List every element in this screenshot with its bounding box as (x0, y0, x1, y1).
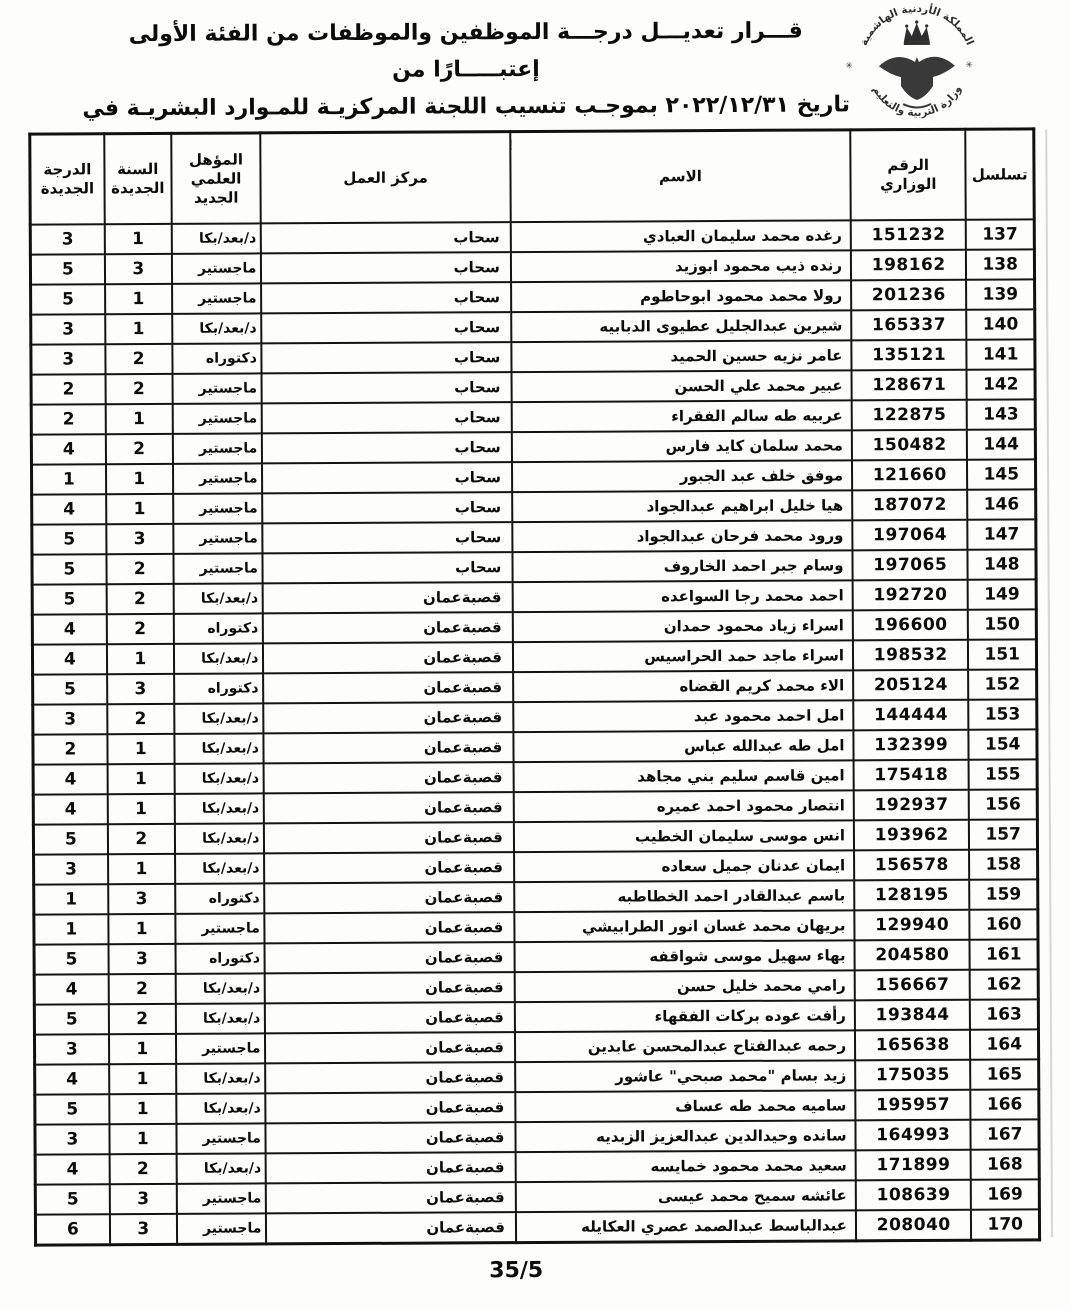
header-name: الاسم (510, 130, 851, 222)
center-cell: سحاب (263, 552, 513, 583)
ministry_no-cell: 156578 (854, 850, 970, 881)
name-cell: هيا خليل ابراهيم عبدالجواد (512, 490, 852, 522)
serial-cell: 154 (969, 729, 1037, 759)
year-cell: 1 (108, 914, 175, 944)
name-cell: عبدالباسط عبدالصمد عصري العكايله (516, 1210, 856, 1242)
grade-cell: 4 (35, 1154, 109, 1184)
name-cell: زيد بسام "محمد صبحي" عاشور (515, 1060, 855, 1092)
center-cell: سحاب (262, 462, 512, 493)
name-cell: امل طه عبدالله عباس (513, 730, 853, 762)
qualification-cell: د/بعد/بكا (176, 1063, 266, 1093)
ministry_no-cell: 151232 (851, 220, 967, 251)
name-cell: ورود محمد فرحان عبدالجواد (512, 520, 852, 552)
crown-icon (904, 20, 930, 45)
qualification-cell: ماجستير (176, 1123, 266, 1153)
name-cell: امين قاسم سليم بني مجاهد (513, 760, 853, 792)
name-cell: الاء محمد كريم القضاه (513, 670, 853, 702)
qualification-cell: ماجستير (173, 433, 263, 463)
ministry_no-cell: 196600 (853, 610, 969, 641)
serial-cell: 143 (967, 399, 1035, 429)
grade-cell: 1 (34, 914, 108, 944)
serial-cell: 140 (967, 309, 1035, 339)
year-cell: 1 (109, 1064, 176, 1094)
center-cell: سحاب (262, 312, 512, 343)
name-cell: رغده محمد سليمان العبادي (511, 220, 851, 252)
year-cell: 3 (108, 884, 175, 914)
qualification-cell: د/بعد/بكا (175, 823, 265, 853)
ministry_no-cell: 201236 (851, 280, 967, 311)
name-cell: وسام جبر احمد الخاروف (512, 550, 852, 582)
qualification-cell: ماجستير (173, 553, 263, 583)
year-cell: 2 (108, 824, 175, 854)
qualification-cell: ماجستير (172, 403, 262, 433)
year-cell: 2 (109, 1154, 176, 1184)
year-cell: 2 (109, 1004, 176, 1034)
qualification-cell: ماجستير (173, 463, 263, 493)
serial-cell: 147 (968, 519, 1036, 549)
table-header: تسلسل الرقم الوزاري الاسم مركز العمل الم… (30, 129, 1034, 225)
center-cell: قصبةعمان (266, 1212, 516, 1244)
year-cell: 1 (104, 224, 171, 254)
serial-cell: 161 (970, 939, 1038, 969)
serial-cell: 146 (968, 489, 1036, 519)
document-sheet: قـــرار تعديـــل درجـــة الموظفين والموظ… (0, 0, 1070, 1310)
serial-cell: 160 (970, 909, 1038, 939)
ministry_no-cell: 208040 (856, 1210, 972, 1241)
ministry_no-cell: 195957 (855, 1090, 971, 1121)
center-cell: قصبةعمان (264, 702, 514, 733)
grade-cell: 2 (31, 404, 105, 434)
ministry-seal: المملكة الأردنية الهاشمية وزارة التربية … (843, 0, 992, 128)
name-cell: انتصار محمود احمد عميره (514, 790, 854, 822)
year-cell: 1 (107, 644, 174, 674)
ministry_no-cell: 121660 (852, 460, 968, 491)
grade-cell: 4 (32, 644, 106, 674)
grade-cell: 1 (31, 464, 105, 494)
center-cell: سحاب (262, 342, 512, 373)
name-cell: بريهان محمد غسان انور الطرابيشي (514, 910, 854, 942)
year-cell: 2 (107, 614, 174, 644)
ministry_no-cell: 192720 (853, 580, 969, 611)
ministry_no-cell: 204580 (855, 940, 971, 971)
center-cell: قصبةعمان (265, 1032, 515, 1063)
grade-cell: 5 (32, 524, 106, 554)
year-cell: 3 (108, 944, 175, 974)
year-cell: 1 (106, 494, 173, 524)
grade-cell: 2 (31, 374, 105, 404)
center-cell: قصبةعمان (265, 882, 515, 913)
page-number: 35/5 (0, 1255, 1051, 1286)
ministry_no-cell: 165337 (851, 310, 967, 341)
qualification-cell: د/بعد/بكا (174, 763, 264, 793)
year-cell: 3 (110, 1184, 177, 1214)
center-cell: سحاب (262, 402, 512, 433)
ministry_no-cell: 193844 (855, 1000, 971, 1031)
qualification-cell: ماجستير (172, 283, 262, 313)
ministry_no-cell: 108639 (856, 1180, 972, 1211)
year-cell: 3 (106, 524, 173, 554)
grade-cell: 5 (32, 554, 106, 584)
ministry_no-cell: 171899 (856, 1150, 972, 1181)
center-cell: قصبةعمان (266, 1122, 516, 1153)
grade-cell: 4 (32, 614, 106, 644)
name-cell: ايمان عدنان جميل سعاده (514, 850, 854, 882)
serial-cell: 170 (971, 1209, 1039, 1240)
serial-cell: 168 (971, 1149, 1039, 1179)
serial-cell: 142 (967, 369, 1035, 399)
name-cell: بهاء سهيل موسى شواقفه (514, 940, 854, 972)
serial-cell: 153 (969, 699, 1037, 729)
name-cell: عائشه سميح محمد عيسى (516, 1180, 856, 1212)
qualification-cell: ماجستير (177, 1213, 267, 1244)
qualification-cell: ماجستير (173, 523, 263, 553)
ministry_no-cell: 156667 (855, 970, 971, 1001)
name-cell: انس موسى سليمان الخطيب (514, 820, 854, 852)
ministry_no-cell: 132399 (853, 730, 969, 761)
name-cell: عبير محمد علي الحسن (511, 370, 851, 402)
grade-cell: 3 (35, 1124, 109, 1154)
ministry_no-cell: 192937 (854, 790, 970, 821)
center-cell: قصبةعمان (264, 792, 514, 823)
year-cell: 2 (107, 704, 174, 734)
qualification-cell: ماجستير (177, 1183, 267, 1213)
name-cell: شيرين عبدالجليل عطيوى الدبابيه (511, 310, 851, 342)
qualification-cell: د/بعد/بكا (176, 1003, 266, 1033)
qualification-cell: د/بعد/بكا (176, 1093, 266, 1123)
year-cell: 1 (109, 1034, 176, 1064)
qualification-cell: د/بعد/بكا (175, 853, 265, 883)
serial-cell: 149 (968, 579, 1036, 609)
name-cell: احمد محمد رجا السواعده (512, 580, 852, 612)
table-row: 170208040عبدالباسط عبدالصمد عصري العكايل… (35, 1209, 1039, 1245)
name-cell: عامر نزيه حسين الحميد (511, 340, 851, 372)
qualification-cell: د/بعد/بكا (174, 733, 264, 763)
grade-cell: 4 (33, 764, 107, 794)
qualification-cell: د/بعد/بكا (171, 223, 261, 253)
ministry_no-cell: 187072 (852, 490, 968, 521)
qualification-cell: د/بعد/بكا (176, 1153, 266, 1183)
qualification-cell: د/بعد/بكا (174, 643, 264, 673)
year-cell: 2 (106, 434, 173, 464)
qualification-cell: ماجستير (172, 373, 262, 403)
serial-cell: 158 (969, 849, 1037, 879)
grade-cell: 3 (31, 344, 105, 374)
ministry_no-cell: 175035 (855, 1060, 971, 1091)
qualification-cell: دكتوراه (175, 883, 265, 913)
serial-cell: 137 (966, 219, 1034, 249)
grade-cell: 1 (34, 884, 108, 914)
qualification-cell: د/بعد/بكا (172, 313, 262, 343)
grade-cell: 5 (32, 584, 106, 614)
qualification-cell: د/بعد/بكا (174, 793, 264, 823)
year-cell: 1 (105, 314, 172, 344)
grade-cell: 5 (35, 1094, 109, 1124)
grade-cell: 4 (34, 974, 108, 1004)
header-serial: تسلسل (966, 129, 1035, 220)
grade-cell: 5 (35, 1184, 109, 1214)
header-new-year: السنة الجديدة (104, 133, 171, 224)
ministry_no-cell: 198532 (853, 640, 969, 671)
grade-cell: 2 (33, 734, 107, 764)
center-cell: قصبةعمان (264, 672, 514, 703)
ministry_no-cell: 164993 (855, 1120, 971, 1151)
qualification-cell: ماجستير (173, 493, 263, 523)
ministry_no-cell: 175418 (854, 760, 970, 791)
serial-cell: 145 (967, 459, 1035, 489)
serial-cell: 139 (967, 279, 1035, 309)
ministry_no-cell: 135121 (851, 340, 967, 371)
name-cell: عربيه طه سالم الفقراء (512, 400, 852, 432)
serial-cell: 152 (969, 669, 1037, 699)
center-cell: قصبةعمان (264, 732, 514, 763)
year-cell: 1 (109, 1094, 176, 1124)
serial-cell: 162 (970, 969, 1038, 999)
year-cell: 3 (107, 674, 174, 704)
serial-cell: 141 (967, 339, 1035, 369)
qualification-cell: ماجستير (172, 253, 262, 283)
serial-cell: 138 (966, 249, 1034, 279)
scan-edge-artifact (1045, 129, 1053, 1237)
grade-cell: 3 (33, 704, 107, 734)
ministry_no-cell: 150482 (852, 430, 968, 461)
header-new-grade: الدرجة الجديدة (30, 134, 105, 225)
serial-cell: 167 (971, 1119, 1039, 1149)
center-cell: قصبةعمان (263, 642, 513, 673)
center-cell: قصبةعمان (264, 852, 514, 883)
ministry_no-cell: 128671 (852, 370, 968, 401)
serial-cell: 157 (969, 819, 1037, 849)
name-cell: اسراء ماجد حمد الحراسيس (513, 640, 853, 672)
center-cell: قصبةعمان (265, 1002, 515, 1033)
center-cell: سحاب (262, 372, 512, 403)
qualification-cell: دكتوراه (174, 613, 264, 643)
year-cell: 1 (105, 284, 172, 314)
serial-cell: 156 (969, 789, 1037, 819)
qualification-cell: د/بعد/بكا (175, 973, 265, 1003)
year-cell: 2 (105, 344, 172, 374)
grade-cell: 6 (35, 1214, 109, 1245)
serial-cell: 144 (967, 429, 1035, 459)
qualification-cell: دكتوراه (174, 673, 264, 703)
center-cell: قصبةعمان (265, 942, 515, 973)
center-cell: قصبةعمان (264, 822, 514, 853)
year-cell: 2 (106, 554, 173, 584)
center-cell: سحاب (263, 522, 513, 553)
ministry_no-cell: 128195 (854, 880, 970, 911)
table-body: 137151232رغده محمد سليمان العباديسحابد/ب… (30, 219, 1039, 1245)
year-cell: 2 (106, 584, 173, 614)
header-ministry-no: الرقم الوزاري (850, 129, 966, 220)
grade-cell: 3 (30, 224, 104, 254)
serial-cell: 165 (971, 1059, 1039, 1089)
center-cell: سحاب (262, 432, 512, 463)
ministry_no-cell: 129940 (854, 910, 970, 941)
year-cell: 1 (106, 464, 173, 494)
center-cell: سحاب (263, 492, 513, 523)
name-cell: رنده ذيب محمود ابوزيد (511, 250, 851, 282)
ministry_no-cell: 122875 (852, 400, 968, 431)
qualification-cell: ماجستير (175, 913, 265, 943)
employee-grade-table: تسلسل الرقم الوزاري الاسم مركز العمل الم… (28, 127, 1041, 1246)
name-cell: اسراء زياد محمود حمدان (513, 610, 853, 642)
serial-cell: 155 (969, 759, 1037, 789)
year-cell: 3 (110, 1214, 177, 1245)
year-cell: 3 (105, 254, 172, 284)
serial-cell: 166 (971, 1089, 1039, 1119)
name-cell: موفق خلف عبد الجبور (512, 460, 852, 492)
serial-cell: 148 (968, 549, 1036, 579)
grade-cell: 5 (31, 284, 105, 314)
center-cell: قصبةعمان (266, 1152, 516, 1183)
grade-cell: 4 (33, 794, 107, 824)
ministry_no-cell: 193962 (854, 820, 970, 851)
grade-cell: 5 (34, 944, 108, 974)
serial-cell: 164 (970, 1029, 1038, 1059)
center-cell: قصبةعمان (266, 1182, 516, 1213)
center-cell: قصبةعمان (263, 612, 513, 643)
serial-cell: 151 (968, 639, 1036, 669)
year-cell: 2 (105, 374, 172, 404)
grade-cell: 5 (33, 824, 107, 854)
ministry_no-cell: 205124 (853, 670, 969, 701)
center-cell: قصبةعمان (265, 912, 515, 943)
scanned-document-page: قـــرار تعديـــل درجـــة الموظفين والموظ… (0, 0, 1070, 1310)
year-cell: 1 (107, 764, 174, 794)
name-cell: رامي محمد خليل حسن (515, 970, 855, 1002)
grade-cell: 4 (32, 494, 106, 524)
grade-cell: 3 (31, 314, 105, 344)
serial-cell: 159 (970, 879, 1038, 909)
center-cell: قصبةعمان (266, 1062, 516, 1093)
qualification-cell: ماجستير (176, 1033, 266, 1063)
name-cell: باسم عبدالقادر احمد الخطاطبه (514, 880, 854, 912)
seal-star-left: ✳ (845, 61, 853, 71)
name-cell: محمد سلمان كايد فارس (512, 430, 852, 462)
grade-cell: 5 (33, 674, 107, 704)
center-cell: سحاب (261, 282, 511, 313)
name-cell: ساميه محمد طه عساف (515, 1090, 855, 1122)
name-cell: سعيد محمد محمود خمايسه (515, 1150, 855, 1182)
qualification-cell: دكتوراه (175, 943, 265, 973)
center-cell: قصبةعمان (265, 972, 515, 1003)
qualification-cell: د/بعد/بكا (173, 583, 263, 613)
grade-cell: 5 (34, 1004, 108, 1034)
year-cell: 1 (107, 734, 174, 764)
ministry_no-cell: 144444 (853, 700, 969, 731)
name-cell: رأفت عوده بركات الفقهاء (515, 1000, 855, 1032)
center-cell: قصبةعمان (266, 1092, 516, 1123)
grade-cell: 3 (34, 1034, 108, 1064)
name-cell: سانده وحيدالدين عبدالعزيز الزبديه (515, 1120, 855, 1152)
grade-cell: 3 (34, 854, 108, 884)
serial-cell: 169 (971, 1179, 1039, 1209)
ministry_no-cell: 198162 (851, 250, 967, 281)
title-line-1: قـــرار تعديـــل درجـــة الموظفين والموظ… (77, 12, 855, 90)
year-cell: 1 (109, 1124, 176, 1154)
header-work-center: مركز العمل (261, 132, 511, 224)
name-cell: رحمه عبدالفتاح عبدالمحسن عابدين (515, 1030, 855, 1062)
center-cell: قصبةعمان (264, 762, 514, 793)
qualification-cell: د/بعد/بكا (174, 703, 264, 733)
grade-cell: 4 (31, 434, 105, 464)
center-cell: سحاب (261, 252, 511, 283)
year-cell: 1 (105, 404, 172, 434)
year-cell: 2 (108, 974, 175, 1004)
grade-cell: 4 (35, 1064, 109, 1094)
ministry_no-cell: 197064 (852, 520, 968, 551)
seal-star-right: ✳ (965, 61, 973, 71)
year-cell: 1 (108, 854, 175, 884)
name-cell: امل احمد محمود عبد (513, 700, 853, 732)
center-cell: قصبةعمان (263, 582, 513, 613)
header-qualification: المؤهل العلمي الجديد (171, 133, 261, 224)
center-cell: سحاب (261, 222, 511, 253)
serial-cell: 150 (968, 609, 1036, 639)
ministry-seal-icon: المملكة الأردنية الهاشمية وزارة التربية … (843, 0, 992, 128)
name-cell: رولا محمد محمود ابوحاطوم (511, 280, 851, 312)
ministry_no-cell: 165638 (855, 1030, 971, 1061)
year-cell: 1 (107, 794, 174, 824)
ministry_no-cell: 197065 (852, 550, 968, 581)
grade-cell: 5 (30, 254, 104, 284)
serial-cell: 163 (970, 999, 1038, 1029)
qualification-cell: دكتوراه (172, 343, 262, 373)
